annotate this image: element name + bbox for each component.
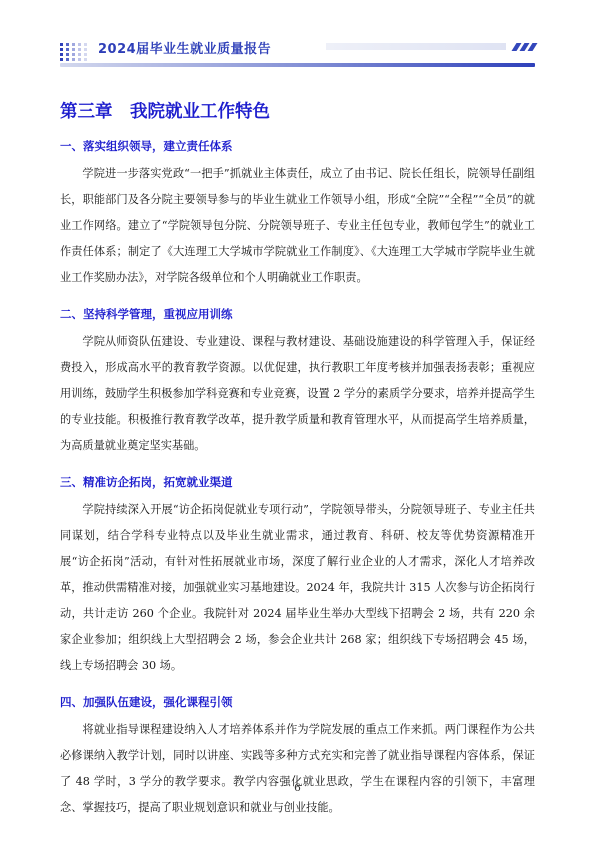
dot-grid-icon — [60, 43, 90, 66]
section-3: 三、精准访企拓岗，拓宽就业渠道 学院持续深入开展“访企拓岗促就业专项行动”，学院… — [60, 475, 535, 679]
report-page: 2024届毕业生就业质量报告 第三章 我院就业工作特色 一、落实组织领导，建立责… — [0, 0, 595, 842]
section-4-heading: 四、加强队伍建设，强化课程引领 — [60, 695, 535, 710]
section-1-paragraph: 学院进一步落实党政“一把手”抓就业主体责任，成立了由书记、院长任组长，院领导任副… — [60, 161, 535, 291]
section-2-paragraph: 学院从师资队伍建设、专业建设、课程与教材建设、基础设施建设的科学管理入手，保证经… — [60, 329, 535, 459]
section-1: 一、落实组织领导，建立责任体系 学院进一步落实党政“一把手”抓就业主体责任，成立… — [60, 139, 535, 291]
section-4: 四、加强队伍建设，强化课程引领 将就业指导课程建设纳入人才培养体系并作为学院发展… — [60, 695, 535, 821]
section-3-heading: 三、精准访企拓岗，拓宽就业渠道 — [60, 475, 535, 490]
section-2: 二、坚持科学管理，重视应用训练 学院从师资队伍建设、专业建设、课程与教材建设、基… — [60, 307, 535, 459]
page-header: 2024届毕业生就业质量报告 — [60, 40, 535, 67]
report-header-title: 2024届毕业生就业质量报告 — [98, 40, 271, 60]
section-1-heading: 一、落实组织领导，建立责任体系 — [60, 139, 535, 154]
section-2-heading: 二、坚持科学管理，重视应用训练 — [60, 307, 535, 322]
page-number: 6 — [0, 782, 595, 794]
header-underline — [60, 63, 535, 67]
chapter-title: 第三章 我院就业工作特色 — [60, 101, 535, 123]
header-decor-bar — [326, 43, 535, 51]
section-4-paragraph: 将就业指导课程建设纳入人才培养体系并作为学院发展的重点工作来抓。两门课程作为公共… — [60, 717, 535, 821]
section-3-paragraph: 学院持续深入开展“访企拓岗促就业专项行动”，学院领导带头，分院领导班子、专业主任… — [60, 497, 535, 679]
triple-slash-icon — [511, 43, 535, 51]
